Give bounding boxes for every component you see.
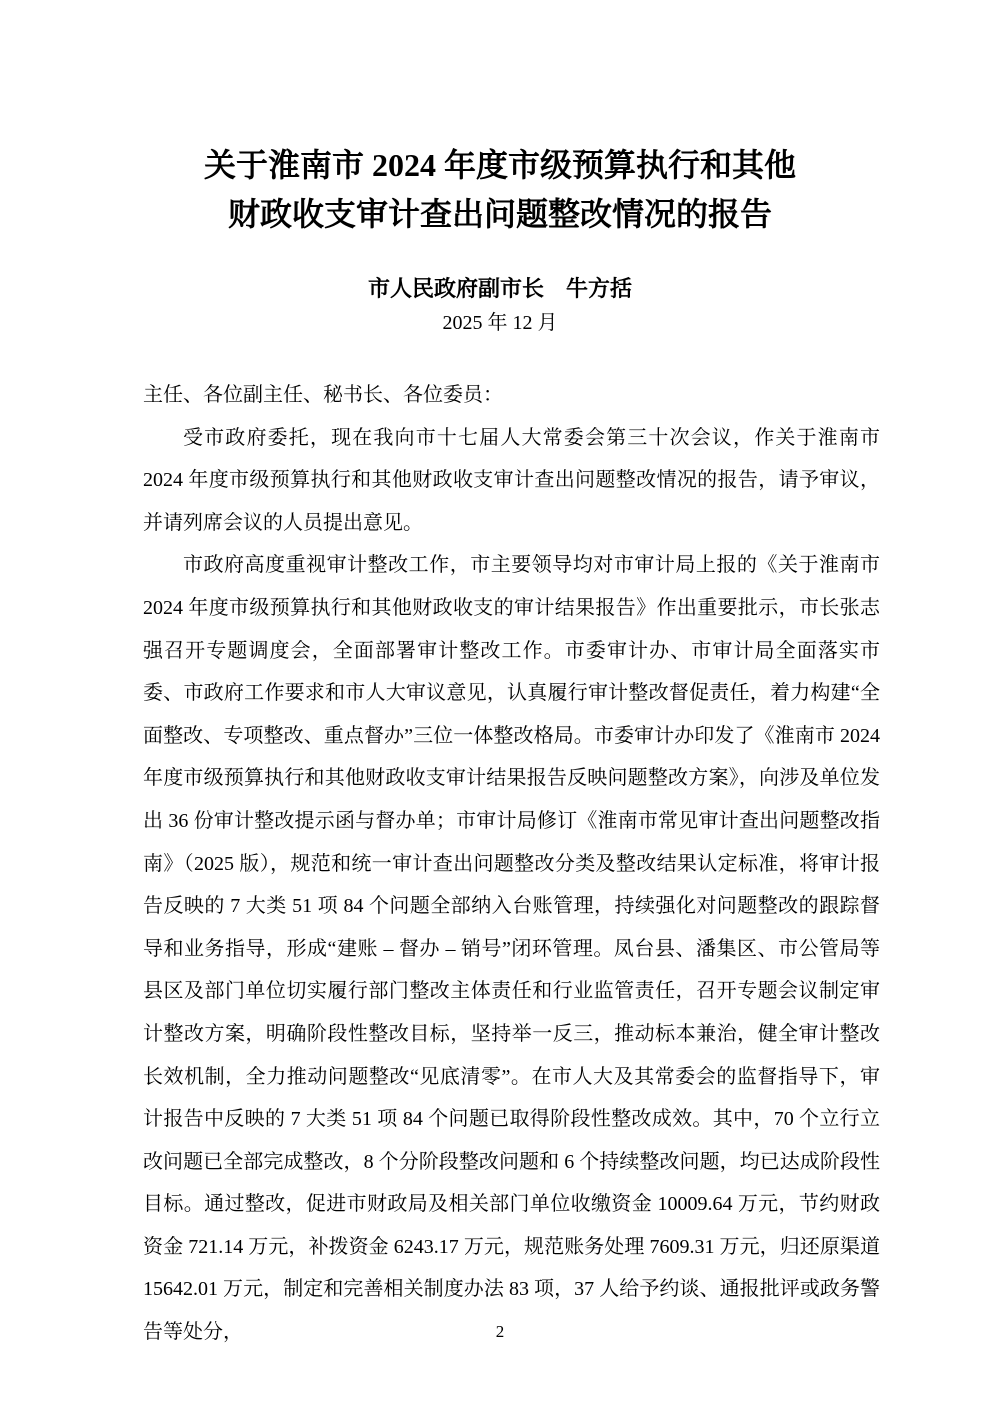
page-number: 2 [0, 1322, 1000, 1342]
salutation: 主任、各位副主任、秘书长、各位委员： [143, 374, 880, 417]
report-date: 2025 年 12 月 [0, 312, 1000, 334]
byline: 市人民政府副市长 牛方括 [0, 277, 1000, 301]
title-line-2: 财政收支审计查出问题整改情况的报告 [0, 190, 1000, 239]
paragraph: 市政府高度重视审计整改工作，市主要领导均对市审计局上报的《关于淮南市 2024 … [143, 544, 880, 1353]
document-title: 关于淮南市 2024 年度市级预算执行和其他 财政收支审计查出问题整改情况的报告 [0, 0, 1000, 239]
title-line-1: 关于淮南市 2024 年度市级预算执行和其他 [0, 141, 1000, 190]
document-page: 关于淮南市 2024 年度市级预算执行和其他 财政收支审计查出问题整改情况的报告… [0, 0, 1000, 1415]
document-body: 主任、各位副主任、秘书长、各位委员： 受市政府委托，现在我向市十七届人大常委会第… [143, 374, 880, 1354]
paragraph: 受市政府委托，现在我向市十七届人大常委会第三十次会议，作关于淮南市 2024 年… [143, 417, 880, 545]
